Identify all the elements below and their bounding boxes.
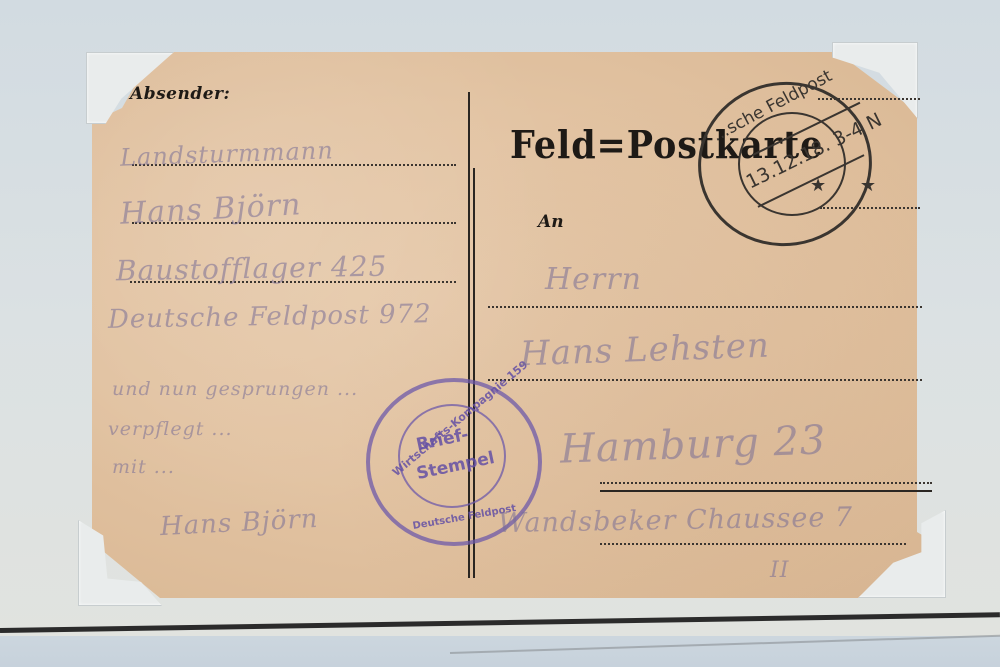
address-line-1	[488, 306, 922, 308]
recipient-handwriting-4: Wandsbeker Chaussee 7	[498, 502, 854, 539]
address-line-3	[600, 482, 932, 484]
address-line-2	[488, 379, 922, 381]
recipient-handwriting-5: II	[770, 558, 789, 583]
postmark-stars: ★ ★	[810, 175, 890, 196]
message-handwriting-3: mit ...	[112, 456, 175, 478]
message-handwriting-1: und nun gesprungen ...	[112, 378, 358, 400]
recipient-handwriting-1: Herrn	[545, 262, 642, 297]
sender-label: Absender:	[130, 84, 230, 104]
sender-handwriting-4: Deutsche Feldpost 972	[108, 299, 432, 335]
recipient-label: An	[538, 212, 564, 232]
message-handwriting-2: verpflegt ...	[108, 418, 233, 440]
recipient-handwriting-3: Hamburg 23	[559, 417, 827, 472]
address-line-4	[600, 543, 906, 545]
sender-handwriting-3: Baustofflager 425	[116, 250, 388, 288]
address-underline	[600, 490, 932, 492]
